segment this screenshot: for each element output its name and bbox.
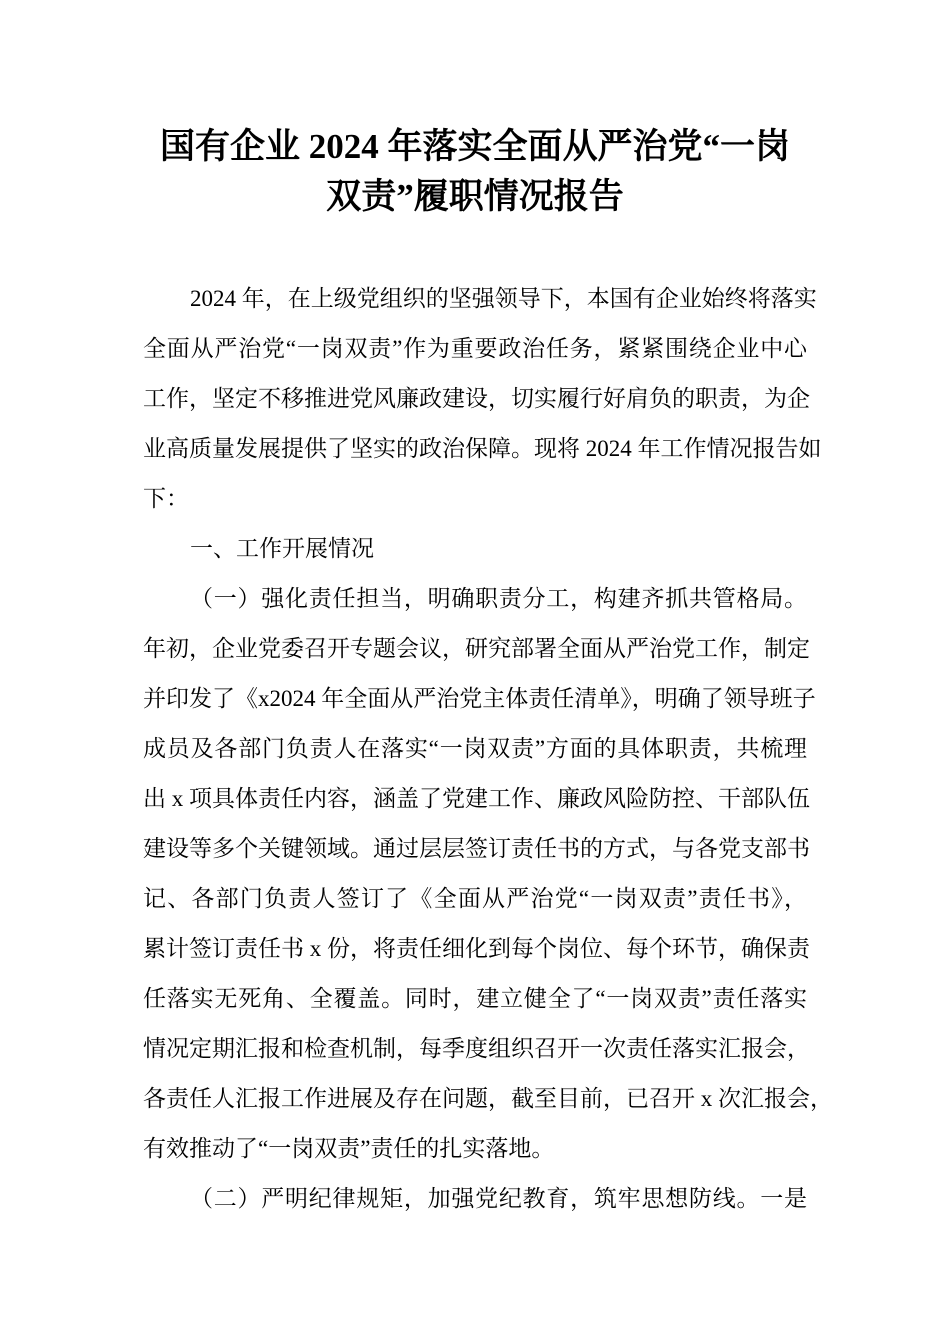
text-line: 建设等多个关键领域。通过层层签订责任书的方式，与各党支部书 (143, 824, 807, 874)
text-line: 记、各部门负责人签订了《全面从严治党“一岗双责”责任书》， (143, 874, 807, 924)
text-line: 累计签订责任书 x 份，将责任细化到每个岗位、每个环节，确保责 (143, 924, 807, 974)
text-line: 任落实无死角、全覆盖。同时，建立健全了“一岗双责”责任落实 (143, 974, 807, 1024)
text-line: 情况定期汇报和检查机制，每季度组织召开一次责任落实汇报会， (143, 1024, 807, 1074)
text-line: 各责任人汇报工作进展及存在问题，截至目前，已召开 x 次汇报会， (143, 1074, 807, 1124)
text-line: 成员及各部门负责人在落实“一岗双责”方面的具体职责，共梳理 (143, 724, 807, 774)
document-page: 国有企业 2024 年落实全面从严治党“一岗 双责”履职情况报告 2024 年，… (0, 0, 950, 1344)
section-heading: 一、工作开展情况 (143, 524, 807, 574)
paragraph: （一）强化责任担当，明确职责分工，构建齐抓共管格局。年初，企业党委召开专题会议，… (143, 574, 807, 1174)
text-line: 下： (143, 474, 807, 524)
text-line: （二）严明纪律规矩，加强党纪教育，筑牢思想防线。一是 (143, 1174, 807, 1224)
text-line: 一、工作开展情况 (143, 524, 807, 574)
text-line: 工作，坚定不移推进党风廉政建设，切实履行好肩负的职责，为企 (143, 374, 807, 424)
text-line: （一）强化责任担当，明确职责分工，构建齐抓共管格局。 (143, 574, 807, 624)
document-title: 国有企业 2024 年落实全面从严治党“一岗 双责”履职情况报告 (143, 122, 807, 222)
title-line-1: 国有企业 2024 年落实全面从严治党“一岗 (143, 122, 807, 172)
title-line-2: 双责”履职情况报告 (143, 172, 807, 222)
title-body-gap (143, 222, 807, 274)
paragraph: （二）严明纪律规矩，加强党纪教育，筑牢思想防线。一是 (143, 1174, 807, 1224)
text-line: 2024 年，在上级党组织的坚强领导下，本国有企业始终将落实 (143, 274, 807, 324)
paragraph: 2024 年，在上级党组织的坚强领导下，本国有企业始终将落实全面从严治党“一岗双… (143, 274, 807, 524)
text-line: 出 x 项具体责任内容，涵盖了党建工作、廉政风险防控、干部队伍 (143, 774, 807, 824)
document-body: 2024 年，在上级党组织的坚强领导下，本国有企业始终将落实全面从严治党“一岗双… (143, 274, 807, 1224)
text-line: 并印发了《x2024 年全面从严治党主体责任清单》，明确了领导班子 (143, 674, 807, 724)
text-line: 全面从严治党“一岗双责”作为重要政治任务，紧紧围绕企业中心 (143, 324, 807, 374)
text-line: 年初，企业党委召开专题会议，研究部署全面从严治党工作，制定 (143, 624, 807, 674)
text-line: 业高质量发展提供了坚实的政治保障。现将 2024 年工作情况报告如 (143, 424, 807, 474)
text-line: 有效推动了“一岗双责”责任的扎实落地。 (143, 1124, 807, 1174)
